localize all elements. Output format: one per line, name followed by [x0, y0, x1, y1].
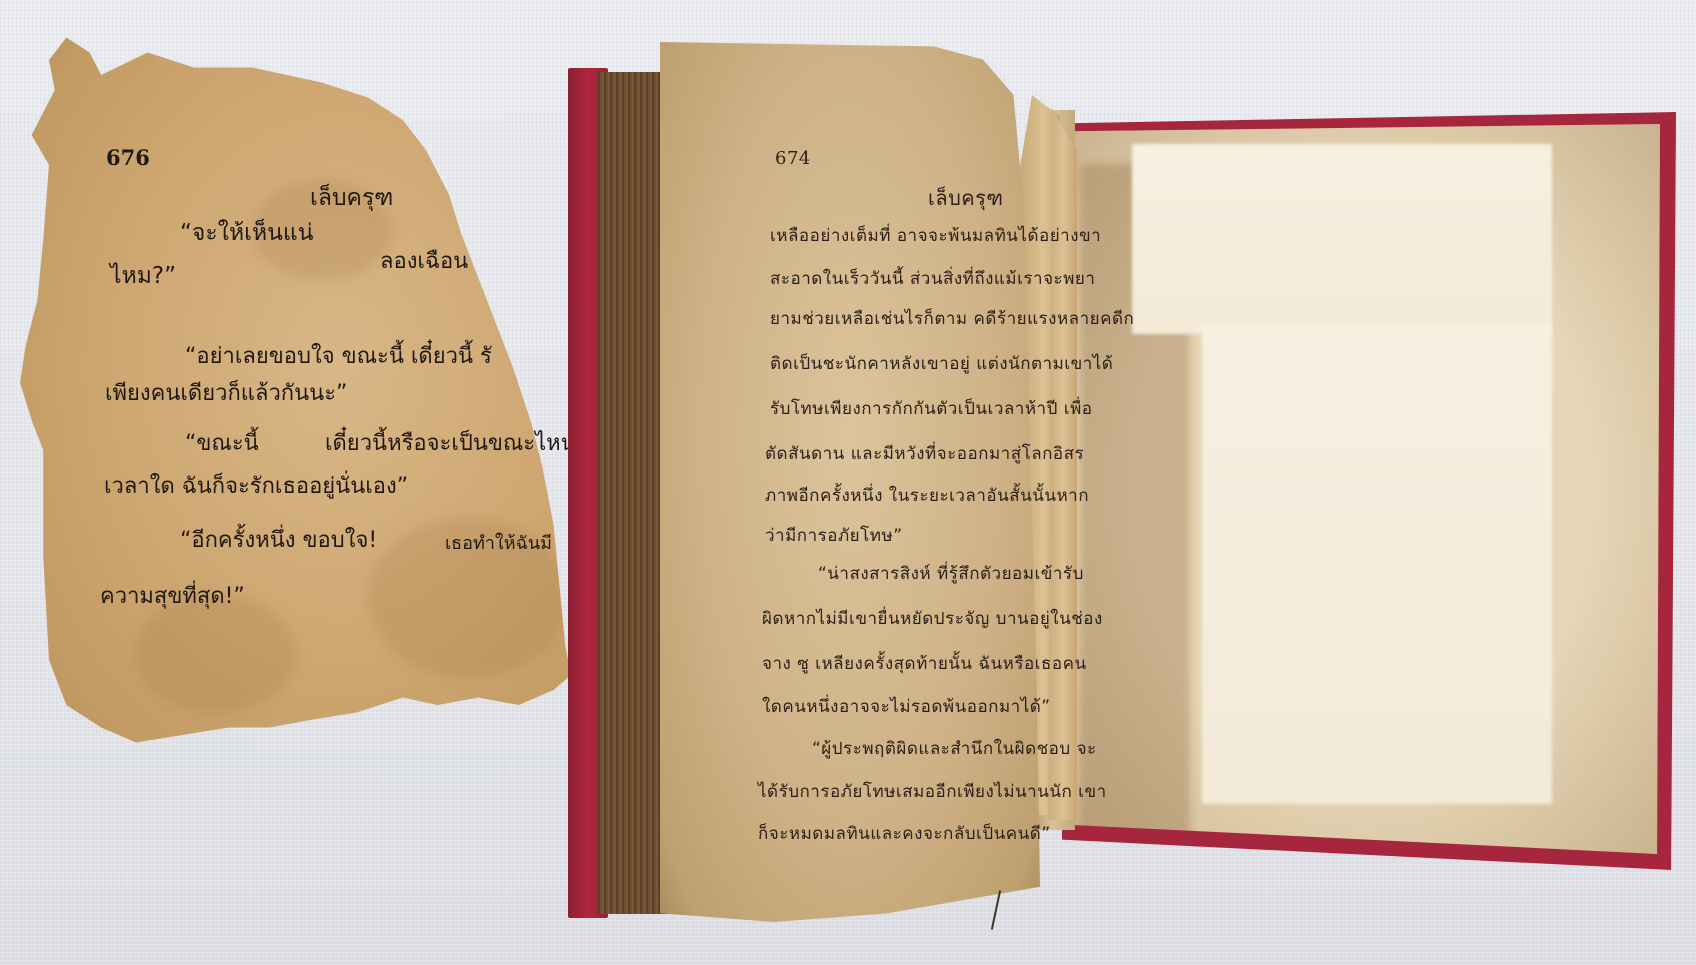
left-page-line: ยามช่วยเหลือเช่นไรก็ตาม คดีร้ายแรงหลายคด… [770, 305, 1134, 332]
fragment-line: ความสุขที่สุด!” [100, 578, 245, 613]
fragment-line: ไหม?” [110, 258, 176, 294]
left-page-line: “น่าสงสารสิงห์ ที่รู้สึกตัวยอมเข้ารับ [818, 560, 1084, 587]
left-page-number: 674 [775, 148, 811, 169]
fragment-line: “จะให้เห็นแน่ [180, 215, 313, 251]
fragment-line: “อีกครั้งหนึ่ง ขอบใจ! [180, 522, 377, 557]
left-page-line: สะอาดในเร็ววันนี้ ส่วนสิ่งที่ถึงแม้เราจะ… [770, 265, 1095, 292]
blank-endpaper [1070, 124, 1660, 854]
left-page-line: ตัดสันดาน และมีหวังที่จะออกมาสู่โลกอิสร [765, 440, 1084, 467]
left-page-line: ผิดหากไม่มีเขายื่นหยัดประจัญ บานอยู่ในช่… [762, 605, 1103, 632]
left-page-line: “ผู้ประพฤติผิดและสำนึกในผิดชอบ จะ [812, 735, 1097, 762]
fragment-running-title: เล็บครุฑ [310, 180, 393, 216]
left-page-running-title: เล็บครุฑ [928, 182, 1004, 214]
left-page-line: ว่ามีการอภัยโทษ” [765, 522, 903, 549]
left-page-line: ได้รับการอภัยโทษเสมออีกเพียงไม่นานนัก เข… [758, 778, 1107, 805]
fragment-line: “อย่าเลยขอบใจ ขณะนี้ เดี๋ยวนี้ รั [185, 338, 492, 373]
fragment-line: ลองเฉือน [380, 243, 468, 278]
fragment-line: เธอทำให้ฉันมี [445, 528, 552, 557]
left-page-line: จาง ซู เหลียงครั้งสุดท้ายนั้น ฉันหรือเธอ… [762, 650, 1087, 677]
fragment-line: เวลาใด ฉันก็จะรักเธออยู่นั่นเอง” [104, 468, 408, 503]
page-block-edges [598, 72, 668, 914]
left-page-line: ติดเป็นชะนักคาหลังเขาอยู่ แต่งนักตามเขาไ… [770, 350, 1113, 377]
fragment-page-number: 676 [106, 145, 150, 170]
fragment-line: เพียงคนเดียวก็แล้วกันนะ” [105, 375, 347, 410]
photo-scene: 676 เล็บครุฑ “จะให้เห็นแน่ ลองเฉือน ไหม?… [0, 0, 1696, 965]
fragment-line: “ขณะนี้ [185, 425, 259, 460]
left-page-line: เหลืออย่างเต็มที่ อาจจะพ้นมลทินได้อย่างข… [770, 222, 1101, 249]
left-page-line: ใดคนหนึ่งอาจจะไม่รอดพ้นออกมาได้” [762, 693, 1051, 720]
left-page-line: ภาพอีกครั้งหนึ่ง ในระยะเวลาอันสั้นนั้นหา… [765, 482, 1089, 509]
left-page-line: ก็จะหมดมลทินและคงจะกลับเป็นคนดี” [758, 820, 1051, 847]
fragment-line: เดี๋ยวนี้หรือจะเป็นขณะไหน [325, 425, 576, 460]
left-page-line: รับโทษเพียงการกักกันตัวเป็นเวลาห้าปี เพื… [770, 395, 1093, 422]
